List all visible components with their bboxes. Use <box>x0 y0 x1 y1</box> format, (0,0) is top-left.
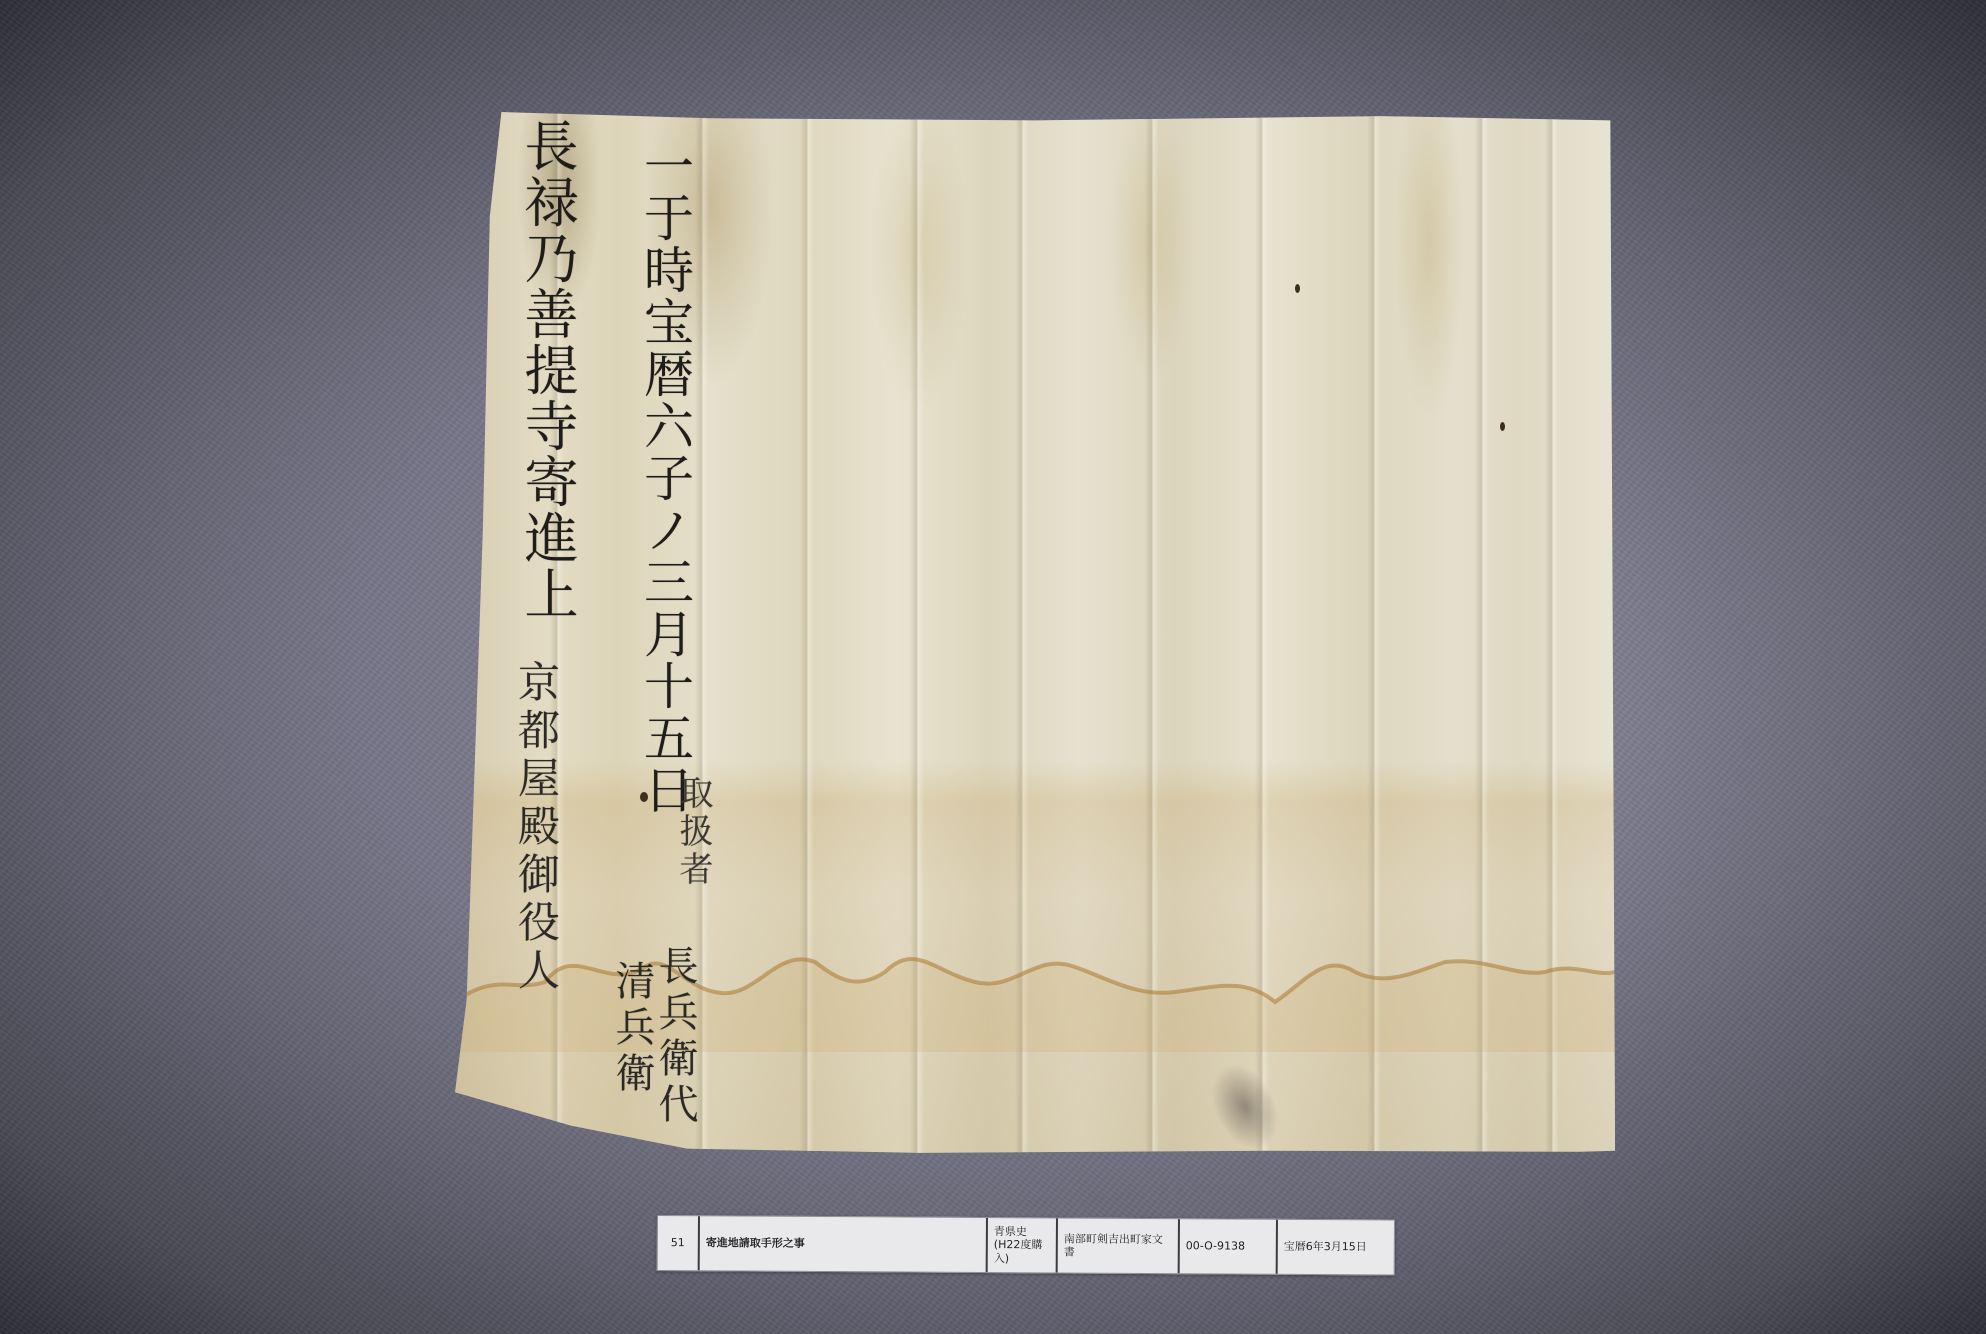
ink-smudge <box>1199 1054 1291 1161</box>
calligraphy-signature-2: 清兵衛 <box>612 960 652 1098</box>
label-date: 宝暦6年3月15日 <box>1278 1220 1394 1275</box>
calligraphy-column-3-addressee: 京都屋殿御役人 <box>515 660 557 996</box>
ink-spot <box>1295 284 1300 293</box>
calligraphy-column-2-date: 一于時宝暦六子ノ三月十五日 <box>640 140 690 816</box>
label-title: 寄進地請取手形之事 <box>700 1216 988 1272</box>
calligraphy-signature-1: 長兵衛代 <box>655 945 695 1129</box>
water-stain-top <box>455 112 1615 572</box>
ink-spot <box>1500 422 1505 431</box>
label-source: 青県史(H22度購入) <box>988 1218 1058 1272</box>
label-number: 51 <box>658 1216 700 1270</box>
label-catalogue-id: 00-O-9138 <box>1180 1219 1278 1274</box>
calligraphy-column-1: 長禄乃善提寺寄進上 <box>520 118 574 622</box>
label-collection: 南部町剣吉出町家文書 <box>1058 1218 1180 1273</box>
catalogue-label: 51 寄進地請取手形之事 青県史(H22度購入) 南部町剣吉出町家文書 00-O… <box>657 1215 1395 1276</box>
calligraphy-column-4: 取扱者 <box>676 775 710 889</box>
